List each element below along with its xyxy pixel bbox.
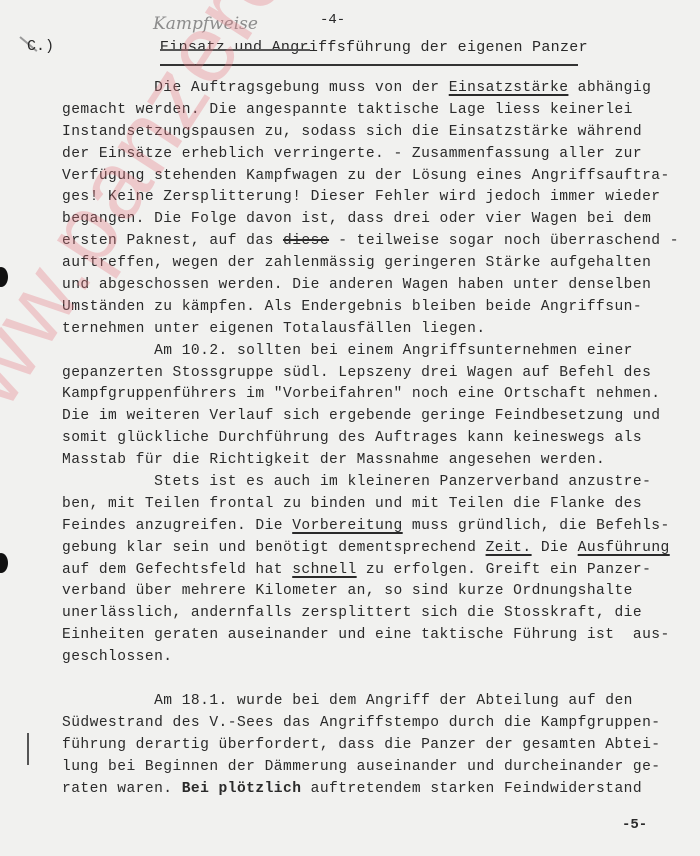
text-line: gemacht werden. Die angespannte taktisch… bbox=[62, 100, 682, 122]
text-line: Instandsetzungspausen zu, sodass sich di… bbox=[62, 122, 682, 144]
text-line: Masstab für die Richtigkeit der Massnahm… bbox=[62, 450, 682, 472]
text-line: ersten Paknest, auf das diese - teilweis… bbox=[62, 231, 682, 253]
text-line: Umständen zu kämpfen. Als Endergebnis bl… bbox=[62, 297, 682, 319]
page-number-top: -4- bbox=[320, 12, 345, 28]
binder-hole bbox=[0, 553, 8, 573]
text-line: ges! Keine Zersplitterung! Dieser Fehler… bbox=[62, 187, 682, 209]
text-line: Die im weiteren Verlauf sich ergebende g… bbox=[62, 406, 682, 428]
text-line bbox=[62, 669, 682, 691]
text-line: führung derartig überfordert, dass die P… bbox=[62, 735, 682, 757]
text-line: Einheiten geraten auseinander und eine t… bbox=[62, 625, 682, 647]
text-line: und abgeschossen werden. Die anderen Wag… bbox=[62, 275, 682, 297]
text-line: geschlossen. bbox=[62, 647, 682, 669]
text-line: begangen. Die Folge davon ist, dass drei… bbox=[62, 209, 682, 231]
page-number-bottom: -5- bbox=[622, 817, 647, 833]
text-line: Die Auftragsgebung muss von der Einsatzs… bbox=[62, 78, 682, 100]
text-line: somit glückliche Durchführung des Auftra… bbox=[62, 428, 682, 450]
document-page: Kampfweise -4- C.) Einsatz und Angriffsf… bbox=[0, 0, 700, 856]
text-line: ben, mit Teilen frontal zu binden und mi… bbox=[62, 494, 682, 516]
body-text: Die Auftragsgebung muss von der Einsatzs… bbox=[62, 78, 682, 800]
text-line: raten waren. Bei plötzlich auftretendem … bbox=[62, 779, 682, 801]
text-line: auf dem Gefechtsfeld hat schnell zu erfo… bbox=[62, 560, 682, 582]
text-line: Am 10.2. sollten bei einem Angriffsunter… bbox=[62, 341, 682, 363]
text-line: gebung klar sein und benötigt dementspre… bbox=[62, 538, 682, 560]
section-label: C.) bbox=[27, 38, 54, 55]
text-line: der Einsätze erheblich verringerte. - Zu… bbox=[62, 144, 682, 166]
binder-hole bbox=[0, 267, 8, 287]
title-underline bbox=[160, 64, 578, 66]
text-line: Stets ist es auch im kleineren Panzerver… bbox=[62, 472, 682, 494]
section-title: Einsatz und Angriffsführung der eigenen … bbox=[160, 39, 588, 56]
text-line: Feindes anzugreifen. Die Vorbereitung mu… bbox=[62, 516, 682, 538]
text-line: verband über mehrere Kilometer an, so si… bbox=[62, 581, 682, 603]
margin-mark bbox=[27, 733, 29, 765]
text-line: gepanzerten Stossgruppe südl. Lepszeny d… bbox=[62, 363, 682, 385]
text-line: lung bei Beginnen der Dämmerung auseinan… bbox=[62, 757, 682, 779]
text-line: ternehmen unter eigenen Totalausfällen l… bbox=[62, 319, 682, 341]
text-line: auftreffen, wegen der zahlenmässig gerin… bbox=[62, 253, 682, 275]
title-strikethrough bbox=[160, 49, 310, 51]
text-line: unerlässlich, andernfalls zersplittert s… bbox=[62, 603, 682, 625]
text-line: Am 18.1. wurde bei dem Angriff der Abtei… bbox=[62, 691, 682, 713]
text-line: Kampfgruppenführers im "Vorbeifahren" no… bbox=[62, 384, 682, 406]
text-line: Südwestrand des V.-Sees das Angriffstemp… bbox=[62, 713, 682, 735]
handwritten-note: Kampfweise bbox=[153, 14, 258, 34]
text-line: Verfügung stehenden Kampfwagen zu der Lö… bbox=[62, 166, 682, 188]
